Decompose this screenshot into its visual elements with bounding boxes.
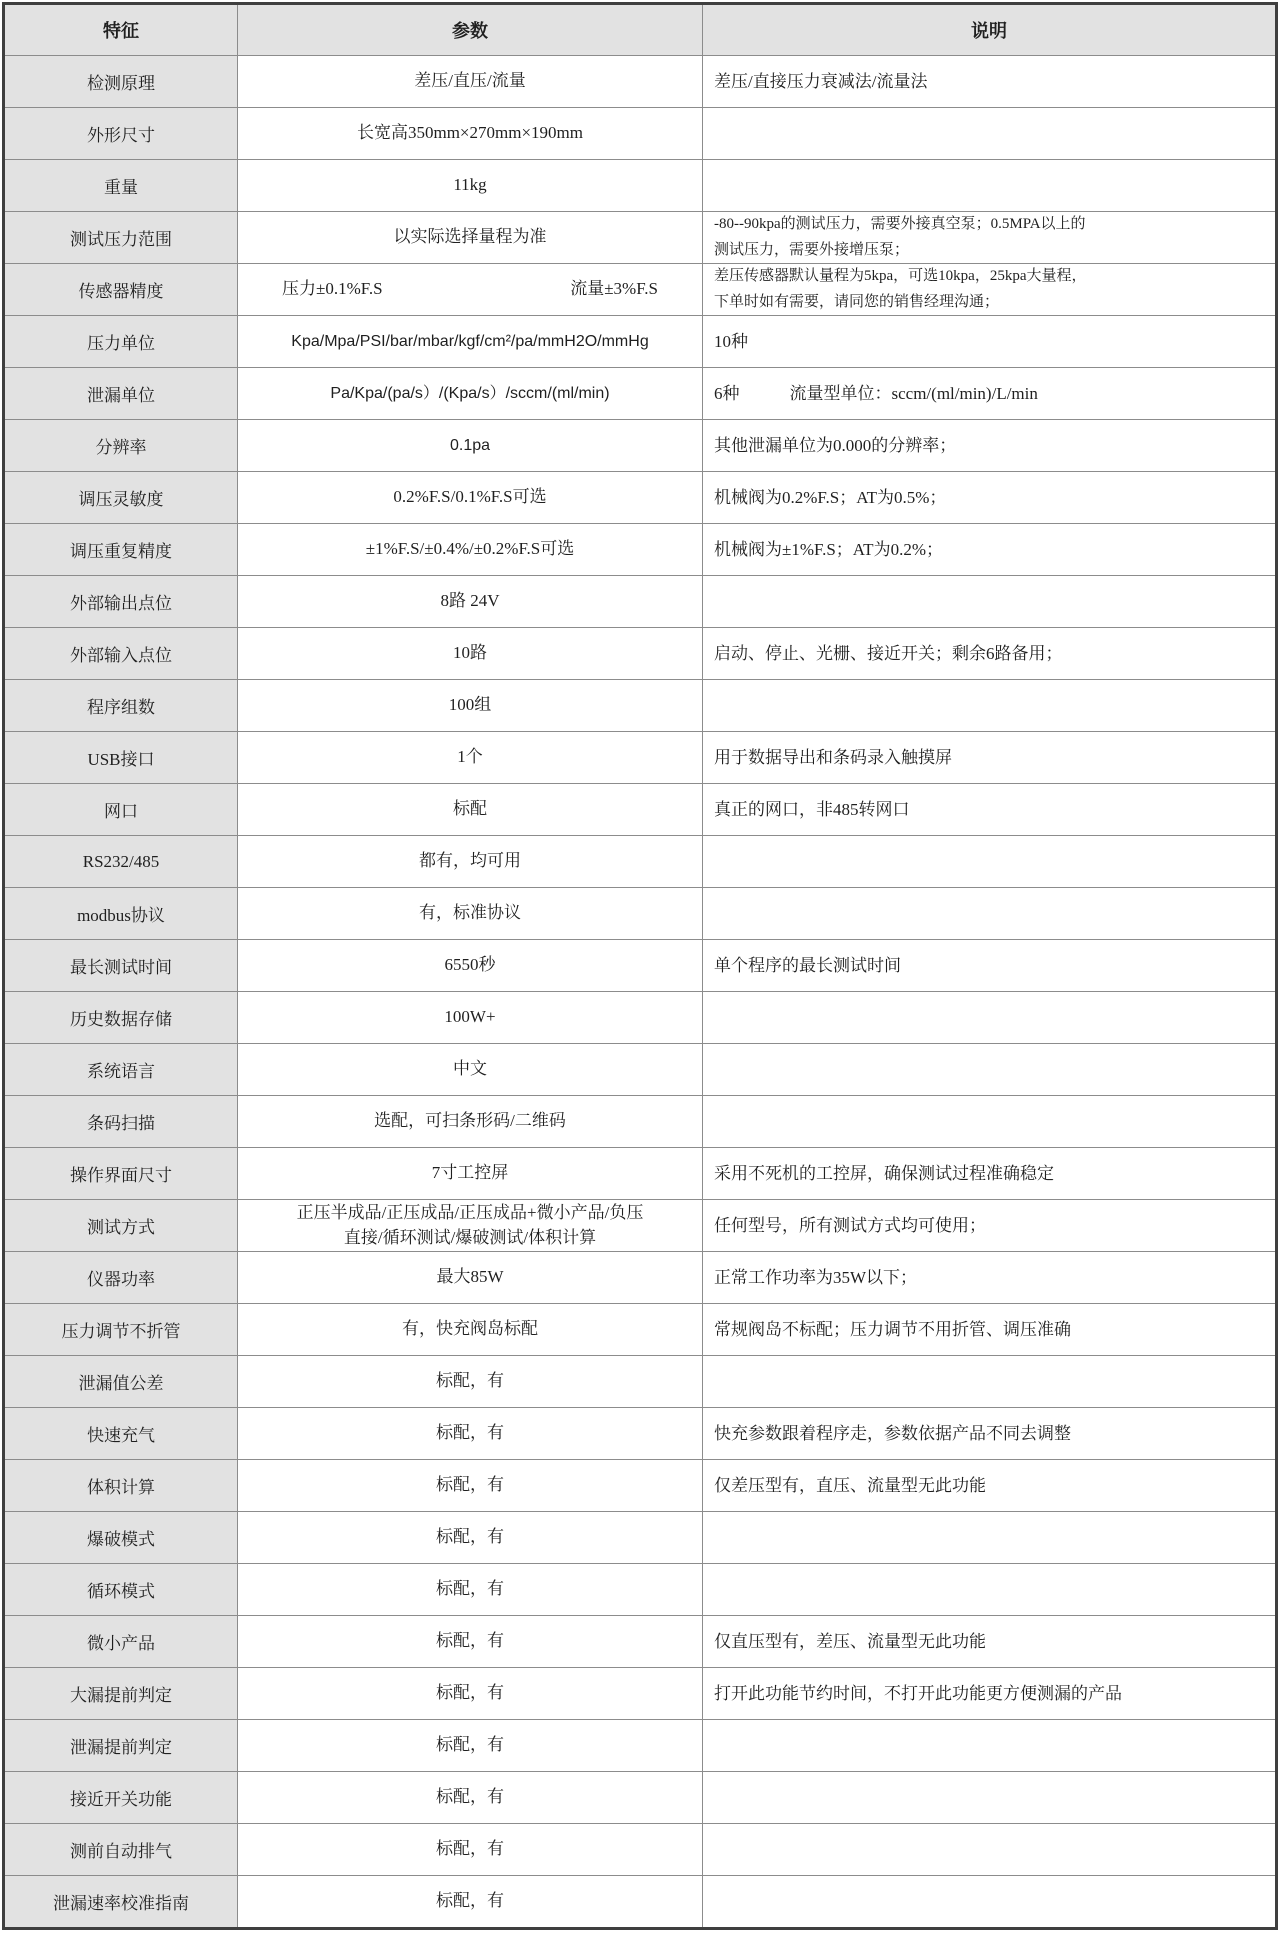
param-cell: 11kg [237, 160, 702, 211]
desc-cell [702, 836, 1275, 887]
param-cell: ±1%F.S/±0.4%/±0.2%F.S可选 [237, 524, 702, 575]
desc-value: 仅差压型有，直压、流量型无此功能 [714, 1473, 986, 1499]
param-value: 标配，有 [436, 1421, 504, 1446]
param-cell: 长宽高350mm×270mm×190mm [237, 108, 702, 159]
feature-label: 外部输出点位 [70, 589, 172, 614]
feature-label: 重量 [104, 173, 138, 198]
desc-cell [702, 1772, 1275, 1823]
desc-value: 差压传感器默认量程为5kpa，可选10kpa，25kpa大量程， 下单时如有需要… [714, 264, 1086, 315]
param-cell: 正压半成品/正压成品/正压成品+微小产品/负压 直接/循环测试/爆破测试/体积计… [237, 1200, 702, 1251]
header-feature-label: 特征 [103, 17, 139, 43]
param-cell: 压力±0.1%F.S流量±3%F.S [237, 264, 702, 315]
feature-label: 爆破模式 [87, 1525, 155, 1550]
param-cell: 以实际选择量程为准 [237, 212, 702, 263]
feature-label: RS232/485 [83, 852, 160, 872]
param-cell: 1个 [237, 732, 702, 783]
param-cell: 标配 [237, 784, 702, 835]
table-row: 历史数据存储100W+ [5, 991, 1275, 1043]
param-value: 标配，有 [436, 1681, 504, 1706]
desc-cell [702, 1096, 1275, 1147]
feature-label: 程序组数 [87, 693, 155, 718]
table-row: 外部输入点位10路启动、停止、光栅、接近开关；剩余6路备用； [5, 627, 1275, 679]
desc-cell: 单个程序的最长测试时间 [702, 940, 1275, 991]
table-row: 压力调节不折管有，快充阀岛标配常规阀岛不标配；压力调节不用折管、调压准确 [5, 1303, 1275, 1355]
param-cell: 100组 [237, 680, 702, 731]
feature-label: 测试压力范围 [70, 225, 172, 250]
desc-value: 差压/直接压力衰减法/流量法 [714, 69, 927, 95]
param-value: 差压/直压/流量 [414, 69, 525, 94]
table-row: 传感器精度压力±0.1%F.S流量±3%F.S差压传感器默认量程为5kpa，可选… [5, 263, 1275, 315]
table-row: 最长测试时间6550秒单个程序的最长测试时间 [5, 939, 1275, 991]
param-cell: 标配，有 [237, 1356, 702, 1407]
desc-cell: 机械阀为0.2%F.S；AT为0.5%； [702, 472, 1275, 523]
param-value: 标配，有 [436, 1577, 504, 1602]
feature-cell: 历史数据存储 [5, 992, 237, 1043]
param-value: 有，快充阀岛标配 [402, 1317, 538, 1342]
feature-label: 调压重复精度 [70, 537, 172, 562]
param-cell: 8路 24V [237, 576, 702, 627]
table-row: 爆破模式标配，有 [5, 1511, 1275, 1563]
feature-cell: 调压灵敏度 [5, 472, 237, 523]
param-value: 中文 [453, 1057, 487, 1082]
feature-cell: 传感器精度 [5, 264, 237, 315]
param-cell: Kpa/Mpa/PSI/bar/mbar/kgf/cm²/pa/mmH2O/mm… [237, 316, 702, 367]
desc-cell [702, 1720, 1275, 1771]
table-row: modbus协议有，标准协议 [5, 887, 1275, 939]
feature-label: 泄漏速率校准指南 [53, 1889, 189, 1914]
feature-cell: 网口 [5, 784, 237, 835]
feature-label: 条码扫描 [87, 1109, 155, 1134]
table-row: 调压重复精度±1%F.S/±0.4%/±0.2%F.S可选机械阀为±1%F.S；… [5, 523, 1275, 575]
feature-label: 压力单位 [87, 329, 155, 354]
desc-cell: 仅直压型有，差压、流量型无此功能 [702, 1616, 1275, 1667]
desc-cell: 快充参数跟着程序走，参数依据产品不同去调整 [702, 1408, 1275, 1459]
table-row: RS232/485都有，均可用 [5, 835, 1275, 887]
param-value: 标配，有 [436, 1785, 504, 1810]
feature-cell: RS232/485 [5, 836, 237, 887]
desc-value: 仅直压型有，差压、流量型无此功能 [714, 1629, 986, 1655]
param-value: 最大85W [436, 1265, 503, 1290]
desc-cell [702, 1876, 1275, 1927]
spec-table-body: 检测原理差压/直压/流量差压/直接压力衰减法/流量法外形尺寸长宽高350mm×2… [5, 55, 1275, 1927]
feature-cell: 泄漏速率校准指南 [5, 1876, 237, 1927]
feature-label: 泄漏值公差 [79, 1369, 164, 1394]
desc-cell: 常规阀岛不标配；压力调节不用折管、调压准确 [702, 1304, 1275, 1355]
table-row: 循环模式标配，有 [5, 1563, 1275, 1615]
param-cell: 标配，有 [237, 1408, 702, 1459]
param-cell: 标配，有 [237, 1720, 702, 1771]
feature-label: 历史数据存储 [70, 1005, 172, 1030]
feature-cell: 快速充气 [5, 1408, 237, 1459]
param-value: 7寸工控屏 [432, 1161, 509, 1186]
param-cell: 差压/直压/流量 [237, 56, 702, 107]
param-cell: 标配，有 [237, 1772, 702, 1823]
feature-cell: 测前自动排气 [5, 1824, 237, 1875]
param-cell: 都有，均可用 [237, 836, 702, 887]
desc-value: -80--90kpa的测试压力，需要外接真空泵；0.5MPA以上的 测试压力，需… [714, 212, 1086, 263]
desc-value: 启动、停止、光栅、接近开关；剩余6路备用； [714, 641, 1063, 667]
desc-value: 真正的网口，非485转网口 [714, 797, 910, 823]
desc-cell [702, 1044, 1275, 1095]
table-row: 泄漏值公差标配，有 [5, 1355, 1275, 1407]
feature-cell: modbus协议 [5, 888, 237, 939]
table-row: 分辨率0.1pa其他泄漏单位为0.000的分辨率； [5, 419, 1275, 471]
desc-cell: 任何型号，所有测试方式均可使用； [702, 1200, 1275, 1251]
param-value: 标配，有 [436, 1837, 504, 1862]
table-row: 压力单位Kpa/Mpa/PSI/bar/mbar/kgf/cm²/pa/mmH2… [5, 315, 1275, 367]
param-value: 流量±3%F.S [570, 277, 658, 302]
param-value: 标配，有 [436, 1525, 504, 1550]
param-value: 11kg [453, 173, 486, 198]
feature-cell: 调压重复精度 [5, 524, 237, 575]
desc-value: 机械阀为±1%F.S；AT为0.2%； [714, 537, 943, 563]
param-value: 0.1pa [450, 434, 490, 457]
param-cell: 中文 [237, 1044, 702, 1095]
desc-cell: 启动、停止、光栅、接近开关；剩余6路备用； [702, 628, 1275, 679]
feature-label: 体积计算 [87, 1473, 155, 1498]
feature-label: 网口 [104, 797, 138, 822]
feature-cell: 系统语言 [5, 1044, 237, 1095]
param-cell: 标配，有 [237, 1512, 702, 1563]
feature-label: 测前自动排气 [70, 1837, 172, 1862]
table-row: 系统语言中文 [5, 1043, 1275, 1095]
desc-cell: 其他泄漏单位为0.000的分辨率； [702, 420, 1275, 471]
param-value: 标配，有 [436, 1733, 504, 1758]
desc-value: 快充参数跟着程序走，参数依据产品不同去调整 [714, 1421, 1071, 1447]
feature-label: 传感器精度 [79, 277, 164, 302]
desc-value: 6种 [714, 381, 740, 407]
feature-cell: 压力单位 [5, 316, 237, 367]
param-cell: 100W+ [237, 992, 702, 1043]
desc-cell [702, 680, 1275, 731]
param-value: 6550秒 [445, 953, 496, 978]
desc-cell: 正常工作功率为35W以下； [702, 1252, 1275, 1303]
param-value: 100W+ [444, 1005, 495, 1030]
feature-cell: 循环模式 [5, 1564, 237, 1615]
desc-cell: 差压/直接压力衰减法/流量法 [702, 56, 1275, 107]
param-cell: 0.1pa [237, 420, 702, 471]
desc-value: 打开此功能节约时间，不打开此功能更方便测漏的产品 [714, 1681, 1122, 1707]
param-value: 标配，有 [436, 1889, 504, 1914]
param-value: 100组 [449, 693, 492, 718]
table-row: 调压灵敏度0.2%F.S/0.1%F.S可选机械阀为0.2%F.S；AT为0.5… [5, 471, 1275, 523]
param-value: 正压半成品/正压成品/正压成品+微小产品/负压 直接/循环测试/爆破测试/体积计… [297, 1201, 644, 1250]
feature-cell: 接近开关功能 [5, 1772, 237, 1823]
param-value: 标配，有 [436, 1473, 504, 1498]
param-cell: 标配，有 [237, 1616, 702, 1667]
param-value: 标配，有 [436, 1629, 504, 1654]
param-cell: 0.2%F.S/0.1%F.S可选 [237, 472, 702, 523]
desc-cell: 打开此功能节约时间，不打开此功能更方便测漏的产品 [702, 1668, 1275, 1719]
feature-cell: 最长测试时间 [5, 940, 237, 991]
feature-cell: 微小产品 [5, 1616, 237, 1667]
desc-cell: 仅差压型有，直压、流量型无此功能 [702, 1460, 1275, 1511]
header-cell-param: 参数 [237, 5, 702, 55]
table-row: 操作界面尺寸7寸工控屏采用不死机的工控屏，确保测试过程准确稳定 [5, 1147, 1275, 1199]
feature-label: 泄漏提前判定 [70, 1733, 172, 1758]
param-value: ±1%F.S/±0.4%/±0.2%F.S可选 [366, 537, 575, 562]
desc-value: 用于数据导出和条码录入触摸屏 [714, 745, 952, 771]
header-cell-feature: 特征 [5, 5, 237, 55]
desc-cell [702, 576, 1275, 627]
feature-cell: 操作界面尺寸 [5, 1148, 237, 1199]
param-value: 1个 [457, 745, 483, 770]
param-cell: 选配，可扫条形码/二维码 [237, 1096, 702, 1147]
desc-cell [702, 888, 1275, 939]
param-cell: 标配，有 [237, 1668, 702, 1719]
header-param-label: 参数 [452, 17, 488, 43]
table-row: 接近开关功能标配，有 [5, 1771, 1275, 1823]
desc-value: 流量型单位：sccm/(ml/min)/L/min [790, 381, 1038, 407]
feature-cell: 爆破模式 [5, 1512, 237, 1563]
param-value: 0.2%F.S/0.1%F.S可选 [393, 485, 546, 510]
feature-cell: USB接口 [5, 732, 237, 783]
param-value: 以实际选择量程为准 [394, 225, 547, 250]
param-value: 都有，均可用 [419, 849, 521, 874]
desc-value: 其他泄漏单位为0.000的分辨率； [714, 433, 956, 459]
desc-cell [702, 1824, 1275, 1875]
table-row: USB接口1个用于数据导出和条码录入触摸屏 [5, 731, 1275, 783]
feature-label: 检测原理 [87, 69, 155, 94]
param-value: 选配，可扫条形码/二维码 [374, 1109, 566, 1134]
table-row: 网口标配真正的网口，非485转网口 [5, 783, 1275, 835]
table-row: 重量11kg [5, 159, 1275, 211]
feature-cell: 检测原理 [5, 56, 237, 107]
feature-label: 接近开关功能 [70, 1785, 172, 1810]
param-value: 10路 [453, 641, 487, 666]
table-row: 外部输出点位8路 24V [5, 575, 1275, 627]
spec-table: 特征 参数 说明 检测原理差压/直压/流量差压/直接压力衰减法/流量法外形尺寸长… [2, 2, 1278, 1930]
table-row: 程序组数100组 [5, 679, 1275, 731]
table-row: 泄漏速率校准指南标配，有 [5, 1875, 1275, 1927]
table-row: 微小产品标配，有仅直压型有，差压、流量型无此功能 [5, 1615, 1275, 1667]
feature-label: 操作界面尺寸 [70, 1161, 172, 1186]
feature-label: 外形尺寸 [87, 121, 155, 146]
desc-cell: -80--90kpa的测试压力，需要外接真空泵；0.5MPA以上的 测试压力，需… [702, 212, 1275, 263]
table-row: 测试压力范围以实际选择量程为准-80--90kpa的测试压力，需要外接真空泵；0… [5, 211, 1275, 263]
param-value: 8路 24V [440, 589, 499, 614]
param-value: 标配 [453, 797, 487, 822]
header-desc-label: 说明 [971, 17, 1007, 43]
table-row: 测前自动排气标配，有 [5, 1823, 1275, 1875]
table-row: 泄漏提前判定标配，有 [5, 1719, 1275, 1771]
feature-label: 微小产品 [87, 1629, 155, 1654]
feature-cell: 分辨率 [5, 420, 237, 471]
param-value: Pa/Kpa/(pa/s）/(Kpa/s）/sccm/(ml/min) [330, 382, 609, 405]
param-cell: 标配，有 [237, 1564, 702, 1615]
param-cell: 10路 [237, 628, 702, 679]
table-row: 快速充气标配，有快充参数跟着程序走，参数依据产品不同去调整 [5, 1407, 1275, 1459]
table-row: 条码扫描选配，可扫条形码/二维码 [5, 1095, 1275, 1147]
table-row: 外形尺寸长宽高350mm×270mm×190mm [5, 107, 1275, 159]
feature-label: 调压灵敏度 [79, 485, 164, 510]
feature-cell: 重量 [5, 160, 237, 211]
feature-cell: 测试方式 [5, 1200, 237, 1251]
feature-label: 外部输入点位 [70, 641, 172, 666]
feature-label: 分辨率 [96, 433, 147, 458]
param-cell: 最大85W [237, 1252, 702, 1303]
desc-cell: 用于数据导出和条码录入触摸屏 [702, 732, 1275, 783]
feature-cell: 测试压力范围 [5, 212, 237, 263]
feature-label: 最长测试时间 [70, 953, 172, 978]
desc-cell: 机械阀为±1%F.S；AT为0.2%； [702, 524, 1275, 575]
param-value: 标配，有 [436, 1369, 504, 1394]
desc-value: 单个程序的最长测试时间 [714, 953, 901, 979]
feature-label: 泄漏单位 [87, 381, 155, 406]
param-cell: 有，快充阀岛标配 [237, 1304, 702, 1355]
desc-cell [702, 160, 1275, 211]
desc-value: 常规阀岛不标配；压力调节不用折管、调压准确 [714, 1317, 1071, 1343]
table-row: 大漏提前判定标配，有打开此功能节约时间，不打开此功能更方便测漏的产品 [5, 1667, 1275, 1719]
param-value: Kpa/Mpa/PSI/bar/mbar/kgf/cm²/pa/mmH2O/mm… [291, 330, 648, 353]
desc-cell: 真正的网口，非485转网口 [702, 784, 1275, 835]
header-cell-desc: 说明 [702, 5, 1275, 55]
desc-cell: 6种流量型单位：sccm/(ml/min)/L/min [702, 368, 1275, 419]
table-row: 检测原理差压/直压/流量差压/直接压力衰减法/流量法 [5, 55, 1275, 107]
param-value: 长宽高350mm×270mm×190mm [357, 121, 583, 146]
table-header-row: 特征 参数 说明 [5, 5, 1275, 55]
desc-value: 采用不死机的工控屏，确保测试过程准确稳定 [714, 1161, 1054, 1187]
table-row: 泄漏单位Pa/Kpa/(pa/s）/(Kpa/s）/sccm/(ml/min)6… [5, 367, 1275, 419]
feature-label: modbus协议 [77, 901, 165, 926]
feature-label: USB接口 [87, 745, 154, 770]
param-value: 有，标准协议 [419, 901, 521, 926]
param-cell: Pa/Kpa/(pa/s）/(Kpa/s）/sccm/(ml/min) [237, 368, 702, 419]
feature-cell: 外部输出点位 [5, 576, 237, 627]
desc-cell [702, 1564, 1275, 1615]
desc-value: 10种 [714, 329, 748, 355]
desc-cell [702, 108, 1275, 159]
feature-cell: 程序组数 [5, 680, 237, 731]
param-cell: 6550秒 [237, 940, 702, 991]
param-cell: 7寸工控屏 [237, 1148, 702, 1199]
feature-label: 大漏提前判定 [70, 1681, 172, 1706]
feature-cell: 压力调节不折管 [5, 1304, 237, 1355]
feature-label: 循环模式 [87, 1577, 155, 1602]
feature-cell: 泄漏值公差 [5, 1356, 237, 1407]
feature-cell: 条码扫描 [5, 1096, 237, 1147]
table-row: 测试方式正压半成品/正压成品/正压成品+微小产品/负压 直接/循环测试/爆破测试… [5, 1199, 1275, 1251]
feature-label: 仪器功率 [87, 1265, 155, 1290]
feature-cell: 外形尺寸 [5, 108, 237, 159]
desc-cell: 采用不死机的工控屏，确保测试过程准确稳定 [702, 1148, 1275, 1199]
desc-cell [702, 1512, 1275, 1563]
feature-cell: 大漏提前判定 [5, 1668, 237, 1719]
desc-value: 正常工作功率为35W以下； [714, 1265, 917, 1291]
param-cell: 标配，有 [237, 1824, 702, 1875]
param-cell: 标配，有 [237, 1876, 702, 1927]
desc-cell: 差压传感器默认量程为5kpa，可选10kpa，25kpa大量程， 下单时如有需要… [702, 264, 1275, 315]
feature-cell: 泄漏单位 [5, 368, 237, 419]
param-value: 压力±0.1%F.S [282, 277, 383, 302]
desc-cell [702, 992, 1275, 1043]
desc-value: 任何型号，所有测试方式均可使用； [714, 1213, 986, 1239]
table-row: 仪器功率最大85W正常工作功率为35W以下； [5, 1251, 1275, 1303]
param-cell: 标配，有 [237, 1460, 702, 1511]
feature-cell: 仪器功率 [5, 1252, 237, 1303]
param-cell: 有，标准协议 [237, 888, 702, 939]
feature-cell: 体积计算 [5, 1460, 237, 1511]
feature-label: 压力调节不折管 [62, 1317, 181, 1342]
feature-label: 系统语言 [87, 1057, 155, 1082]
feature-cell: 外部输入点位 [5, 628, 237, 679]
desc-cell [702, 1356, 1275, 1407]
table-row: 体积计算标配，有仅差压型有，直压、流量型无此功能 [5, 1459, 1275, 1511]
feature-label: 快速充气 [87, 1421, 155, 1446]
feature-cell: 泄漏提前判定 [5, 1720, 237, 1771]
desc-value: 机械阀为0.2%F.S；AT为0.5%； [714, 485, 946, 511]
feature-label: 测试方式 [87, 1213, 155, 1238]
desc-cell: 10种 [702, 316, 1275, 367]
